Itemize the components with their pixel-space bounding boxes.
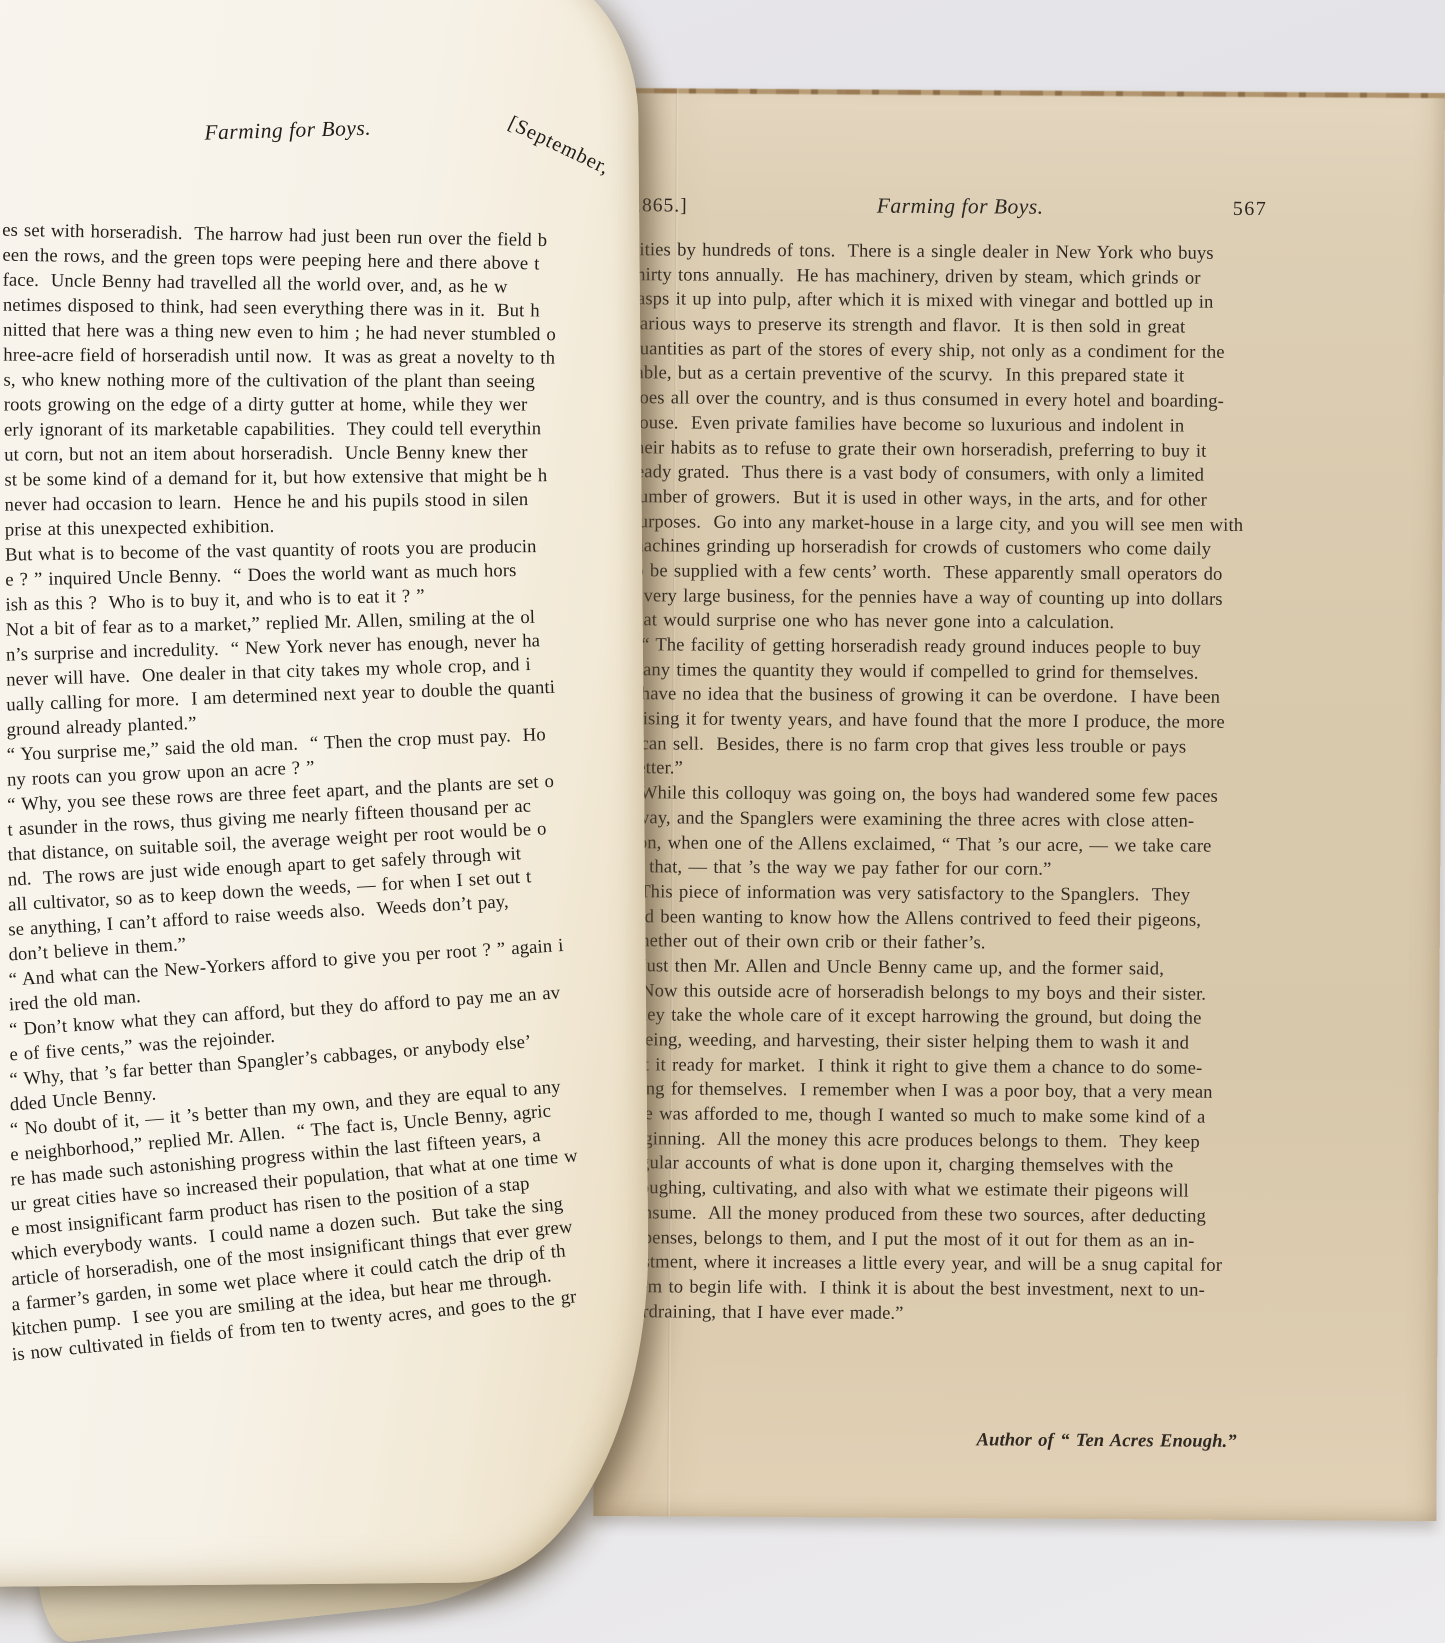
- left-page-text-column: es set with horseradish. The harrow had …: [2, 212, 651, 1368]
- text-line: erly ignorant of its marketable capabili…: [4, 416, 651, 443]
- text-line: of that, — that ’s the way we pay father…: [627, 855, 1282, 884]
- text-line: various ways to preserve its strength an…: [630, 312, 1285, 341]
- text-line: one was afforded to me, though I wanted …: [626, 1102, 1281, 1131]
- right-page-header: 1865.] Farming for Boys. 567: [631, 192, 1267, 221]
- date-marker: [September,: [504, 112, 613, 180]
- text-line: While this colloquy was going on, the bo…: [628, 781, 1283, 810]
- text-line: consume. All the money produced from the…: [625, 1201, 1280, 1230]
- text-line: cities by hundreds of tons. There is a s…: [631, 238, 1286, 267]
- book-photo: 1865.] Farming for Boys. 567 cities by h…: [0, 0, 1445, 1643]
- text-line: goes all over the country, and is thus c…: [630, 386, 1285, 415]
- text-line: derdraining, that I have ever made.”: [624, 1300, 1279, 1329]
- text-line: raising it for twenty years, and have fo…: [628, 707, 1283, 736]
- text-line: roots growing on the edge of a dirty gut…: [4, 393, 651, 418]
- deckle-edge: [602, 88, 1445, 98]
- text-line: house. Even private families have become…: [630, 411, 1285, 440]
- text-line: I can sell. Besides, there is no farm cr…: [628, 732, 1283, 761]
- text-line: to be supplied with a few cents’ worth. …: [629, 559, 1284, 588]
- page-number-right: 567: [1233, 198, 1268, 221]
- text-line: “ The facility of getting horseradish re…: [629, 633, 1284, 662]
- year-marker: 1865.]: [631, 195, 688, 217]
- text-line: away, and the Spanglers were examining t…: [627, 806, 1282, 835]
- text-line: ready grated. Thus there is a vast body …: [630, 460, 1285, 489]
- running-title-right: Farming for Boys.: [877, 194, 1044, 220]
- right-book-page: 1865.] Farming for Boys. 567 cities by h…: [593, 88, 1445, 1521]
- byline-container: Author of “ Ten Acres Enough.”: [624, 1426, 1279, 1455]
- text-line: Just then Mr. Allen and Uncle Benny came…: [627, 954, 1282, 983]
- text-line: hoeing, weeding, and harvesting, their s…: [626, 1028, 1281, 1057]
- text-line: number of growers. But it is used in oth…: [629, 485, 1284, 514]
- right-page-text-column: cities by hundreds of tons. There is a s…: [624, 238, 1286, 1328]
- left-book-page: Farming for Boys. 6 [September, es set w…: [0, 0, 651, 1587]
- text-line: them to begin life with. I think it is a…: [625, 1275, 1280, 1304]
- text-line: ploughing, cultivating, and also with wh…: [625, 1176, 1280, 1205]
- text-line: vestment, where it increases a little ev…: [625, 1250, 1280, 1279]
- running-title-left: Farming for Boys.: [204, 116, 371, 146]
- text-line: This piece of information was very satis…: [627, 880, 1282, 909]
- byline: Author of “ Ten Acres Enough.”: [624, 1426, 1279, 1455]
- text-line: s, who knew nothing more of the cultivat…: [3, 368, 651, 395]
